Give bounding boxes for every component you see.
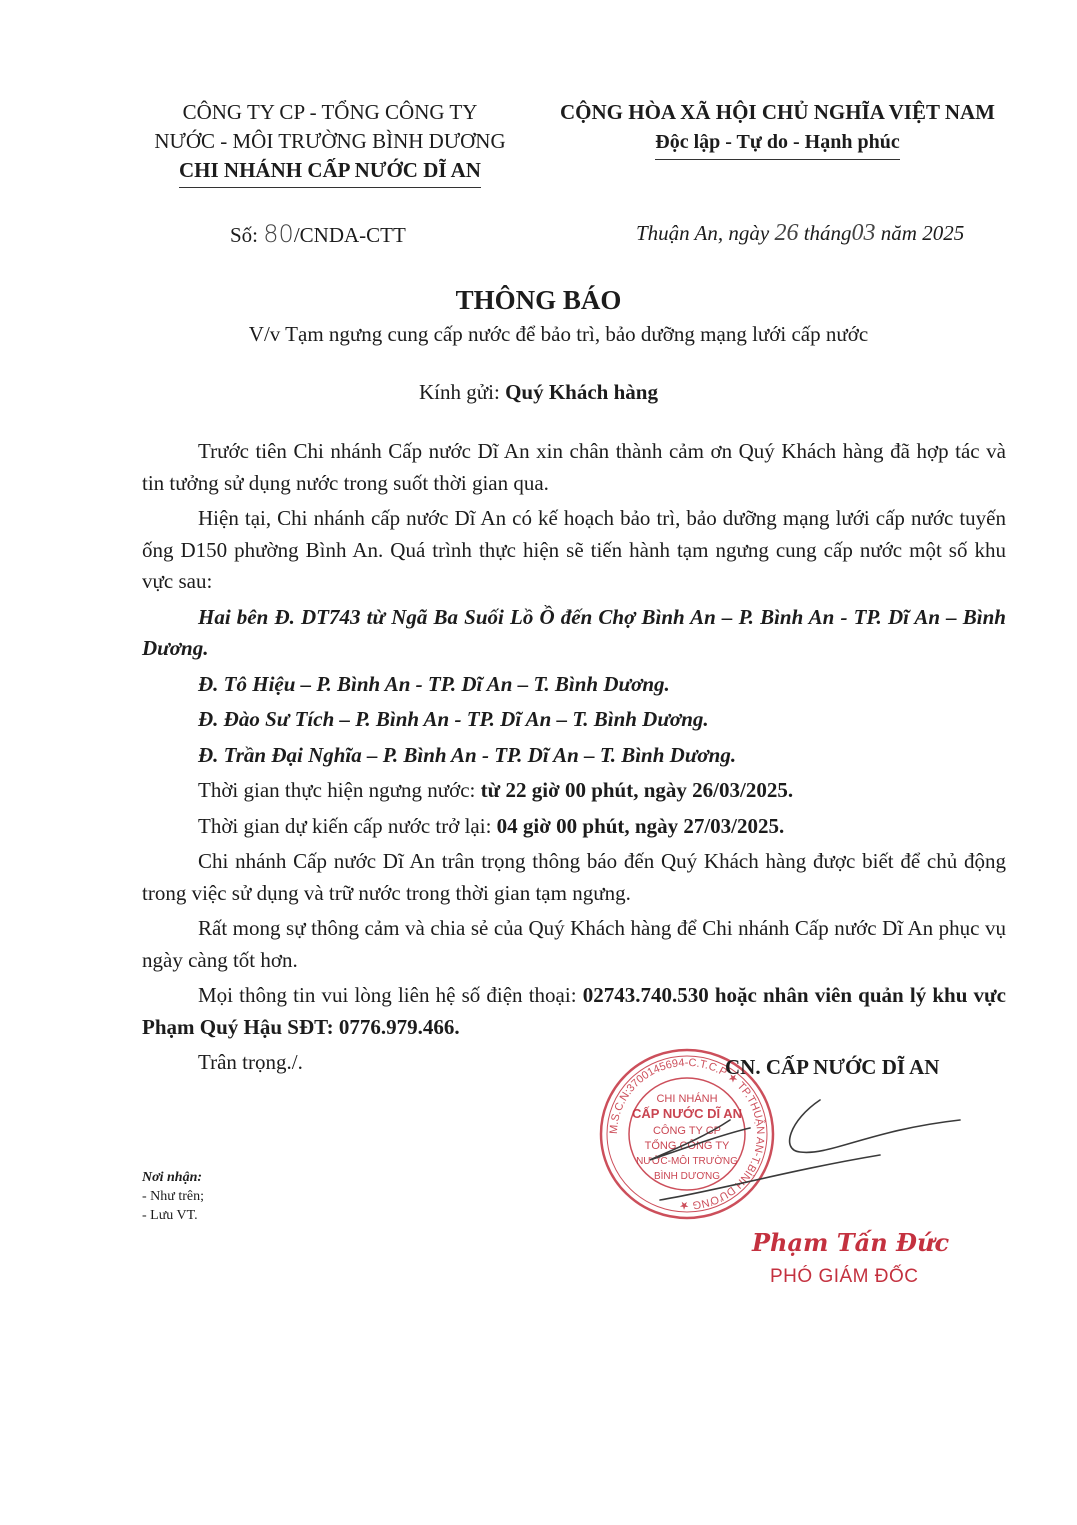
document-date: Thuận An, ngày 26 tháng03 năm 2025	[636, 220, 964, 247]
stop-time-label: Thời gian thực hiện ngưng nước:	[198, 778, 481, 802]
date-month-label: tháng	[798, 221, 851, 245]
greeting-prefix: Kính gửi:	[419, 380, 505, 404]
document-title: THÔNG BÁO	[0, 285, 1077, 316]
resume-time-label: Thời gian dự kiến cấp nước trở lại:	[198, 814, 497, 838]
affected-area: Đ. Trần Đại Nghĩa – P. Bình An - TP. Dĩ …	[142, 740, 1006, 772]
affected-area: Đ. Tô Hiệu – P. Bình An - TP. Dĩ An – T.…	[142, 669, 1006, 701]
paragraph-thanks: Trước tiên Chi nhánh Cấp nước Dĩ An xin …	[142, 436, 1006, 499]
national-motto: Độc lập - Tự do - Hạnh phúc	[655, 128, 899, 160]
greeting-recipient: Quý Khách hàng	[505, 380, 658, 404]
issuer-line-2: NƯỚC - MÔI TRƯỜNG BÌNH DƯƠNG	[120, 127, 540, 156]
paragraph-apology: Rất mong sự thông cảm và chia sẻ của Quý…	[142, 913, 1006, 976]
stop-time-value: từ 22 giờ 00 phút, ngày 26/03/2025.	[481, 778, 793, 802]
contact-info: Mọi thông tin vui lòng liên hệ số điện t…	[142, 980, 1006, 1043]
handwritten-signature-icon	[640, 1080, 980, 1230]
recipients-label: Nơi nhận:	[142, 1168, 204, 1187]
issuer-header: CÔNG TY CP - TỔNG CÔNG TY NƯỚC - MÔI TRƯ…	[120, 98, 540, 188]
resume-time-value: 04 giờ 00 phút, ngày 27/03/2025.	[497, 814, 785, 838]
greeting: Kính gửi: Quý Khách hàng	[0, 380, 1077, 405]
affected-area: Hai bên Đ. DT743 từ Ngã Ba Suối Lồ Ồ đến…	[142, 602, 1006, 665]
recipients-block: Nơi nhận: - Như trên; - Lưu VT.	[142, 1168, 204, 1225]
document-number: Số: 80/CNDA-CTT	[230, 220, 406, 248]
affected-area: Đ. Đào Sư Tích – P. Bình An - TP. Dĩ An …	[142, 704, 1006, 736]
document-body: Trước tiên Chi nhánh Cấp nước Dĩ An xin …	[142, 436, 1006, 1083]
signing-organization: CN. CẤP NƯỚC DĨ AN	[725, 1055, 939, 1080]
doc-number-prefix: Số:	[230, 223, 263, 247]
doc-number-suffix: /CNDA-CTT	[294, 223, 406, 247]
resume-time: Thời gian dự kiến cấp nước trở lại: 04 g…	[142, 811, 1006, 843]
issuer-line-1: CÔNG TY CP - TỔNG CÔNG TY	[120, 98, 540, 127]
issuer-branch: CHI NHÁNH CẤP NƯỚC DĨ AN	[179, 156, 481, 188]
date-place: Thuận An, ngày	[636, 221, 774, 245]
national-header: CỘNG HÒA XÃ HỘI CHỦ NGHĨA VIỆT NAM Độc l…	[540, 98, 1015, 160]
date-year: năm 2025	[876, 221, 965, 245]
paragraph-plan: Hiện tại, Chi nhánh cấp nước Dĩ An có kế…	[142, 503, 1006, 598]
date-day: 26	[774, 220, 798, 246]
recipient-item: - Lưu VT.	[142, 1206, 204, 1225]
signer-position: PHÓ GIÁM ĐỐC	[770, 1266, 919, 1288]
paragraph-notice: Chi nhánh Cấp nước Dĩ An trân trọng thôn…	[142, 846, 1006, 909]
doc-number-handwritten: 80	[263, 220, 294, 248]
national-title: CỘNG HÒA XÃ HỘI CHỦ NGHĨA VIỆT NAM	[540, 98, 1015, 127]
signer-name: Phạm Tấn Đức	[752, 1228, 949, 1257]
date-month: 03	[852, 220, 876, 246]
recipient-item: - Như trên;	[142, 1187, 204, 1206]
stop-time: Thời gian thực hiện ngưng nước: từ 22 gi…	[142, 775, 1006, 807]
contact-label: Mọi thông tin vui lòng liên hệ số điện t…	[198, 983, 583, 1007]
document-subject: V/v Tạm ngưng cung cấp nước để bảo trì, …	[0, 322, 1077, 347]
